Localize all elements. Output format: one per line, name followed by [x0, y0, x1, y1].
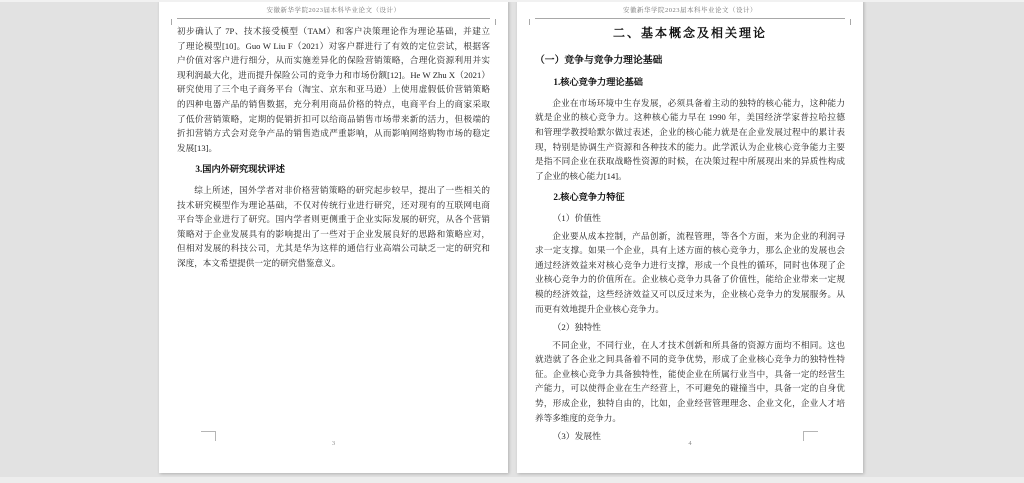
section-heading: （一）竞争与竞争力理论基础 [535, 54, 845, 69]
text-line: 户价值对客户进行细分，从而实施差异化的保险营销策略，合理化资源利用并实 [177, 53, 490, 68]
page-header-title: 安徽新华学院2023届本科毕业论文（设计） [517, 0, 863, 17]
text-line: 了理论模型[10]。Guo W Liu F（2021）对客户群进行了有效的定位尝… [177, 39, 490, 54]
text-line: 平台等企业进行了研究。国内学者则更侧重于企业实际发展的研究，从各个营销 [177, 212, 490, 227]
text-line: 不同企业，不同行业，在人才技术创新和所具备的资源方面均不相同。这也 [535, 338, 845, 353]
text-line: 企业在市场环境中生存发展，必须具备着主动的独特的核心能力，这种能力 [535, 96, 845, 111]
text-line: 研究使用了三个电子商务平台（淘宝、京东和亚马逊）上使用虚假低价营销策略 [177, 82, 490, 97]
text-line: 是指不同企业在获取战略性资源的时候，在决策过程中所展现出来的异质性构成 [535, 154, 845, 169]
text-line: 通过经济效益来对核心竞争力进行支撑，形成一个良性的循环，同时也体现了企 [535, 258, 845, 273]
subsection-heading: 1.核心竞争力理论基础 [535, 75, 845, 90]
text-line: 养等多维度的竞争力。 [535, 411, 845, 426]
page-right-body: 二、基本概念及相关理论（一）竞争与竞争力理论基础1.核心竞争力理论基础企业在市场… [517, 26, 863, 444]
text-line: 模的经济效益，这些经济效益又可以反过来为，企业核心竞争力的发展服务。从 [535, 287, 845, 302]
list-heading: （2）独特性 [535, 320, 845, 335]
page-left-body: 初步确认了 7P、技术接受模型（TAM）和客户决策理论作为理论基础，并建立了理论… [159, 24, 508, 271]
text-line: 业核心竞争力的价值所在。企业核心竞争力具备了价值性，能给企业带来一定规 [535, 272, 845, 287]
list-heading: （1）价值性 [535, 211, 845, 226]
subsection-heading: 2.核心竞争力特征 [535, 190, 845, 205]
text-line: 势，形成企业，独特自由的，比如，企业经营管理理念、企业文化，企业人才培 [535, 396, 845, 411]
text-line: 产能力，可以使得企业在生产经营上，不可避免的碰撞当中，具备一定的自身优 [535, 381, 845, 396]
page-left[interactable]: 安徽新华学院2023届本科毕业论文（设计） 初步确认了 7P、技术接受模型（TA… [159, 0, 508, 473]
page-header-title: 安徽新华学院2023届本科毕业论文（设计） [159, 0, 508, 17]
text-line: 但相对发展的科技公司，尤其是华为这样的通信行业高端公司缺乏一定的研究和 [177, 241, 490, 256]
text-line: 的四种电器产品的销售数据，充分利用商品价格的特点，电商平台上的商家采取 [177, 97, 490, 112]
text-line: 而更有效地提升企业核心竞争力。 [535, 302, 845, 317]
text-line: 综上所述，国外学者对非价格营销策略的研究起步较早，提出了一些相关的 [177, 183, 490, 198]
text-line: 了企业的核心能力[14]。 [535, 169, 845, 184]
window-bottom-edge [0, 477, 1024, 483]
subsection-heading: 3.国内外研究现状评述 [177, 162, 490, 177]
text-line: 和管理学教授哈默尔做过表述，企业的核心能力就是在企业发展过程中的累计表 [535, 125, 845, 140]
header-rule [535, 18, 845, 19]
text-line: 求一定支撑。如果一个企业，具有上述方面的核心竞争力，那么企业的发展也会 [535, 243, 845, 258]
text-line: 企业要从成本控制，产品创新，流程管理，等各个方面，来为企业的利润寻 [535, 229, 845, 244]
text-line: 就造就了各企业之间具备着不同的竞争优势，形成了企业核心竞争力的独特性特 [535, 352, 845, 367]
text-line: 就是企业的核心竞争力。这种核心能力早在 1990 年，美国经济学家普拉哈拉德 [535, 110, 845, 125]
text-line: 现利润最大化，进而提升保险公司的竞争力和市场份额[12]。He W Zhu X（… [177, 68, 490, 83]
text-line: 发展[13]。 [177, 141, 490, 156]
text-line: 现，特别是协调生产资源和各种技术的能力。此学派认为企业核心竞争能力主要 [535, 140, 845, 155]
header-rule [177, 18, 490, 19]
document-scroll-area[interactable]: 安徽新华学院2023届本科毕业论文（设计） 初步确认了 7P、技术接受模型（TA… [0, 0, 1024, 483]
text-line: 深度，本文希望提供一定的研究借鉴意义。 [177, 256, 490, 271]
text-line: 征。企业核心竞争力具备独特性，能使企业在所属行业当中，具备一定的经营生 [535, 367, 845, 382]
page-number: 3 [159, 440, 508, 447]
window-top-edge [0, 0, 1024, 2]
text-line: 技术研究模型作为理论基础，不仅对传统行业进行研究，还对现有的互联网电商 [177, 198, 490, 213]
page-number: 4 [517, 440, 863, 447]
chapter-title: 二、基本概念及相关理论 [535, 26, 845, 41]
text-line: 折扣营销方式会对竞争产品的销售造成严重影响，从而影响网络购物市场的稳定 [177, 126, 490, 141]
text-line: 策略对于企业发展具有的影响提出了一些对于企业发展良好的思路和策略应对， [177, 227, 490, 242]
text-line: 初步确认了 7P、技术接受模型（TAM）和客户决策理论作为理论基础，并建立 [177, 24, 490, 39]
text-line: 了低价营销策略，定期的促销折扣可以给商品销售市场带来新的活力，但极端的 [177, 112, 490, 127]
page-right[interactable]: 安徽新华学院2023届本科毕业论文（设计） 二、基本概念及相关理论（一）竞争与竞… [517, 0, 863, 473]
